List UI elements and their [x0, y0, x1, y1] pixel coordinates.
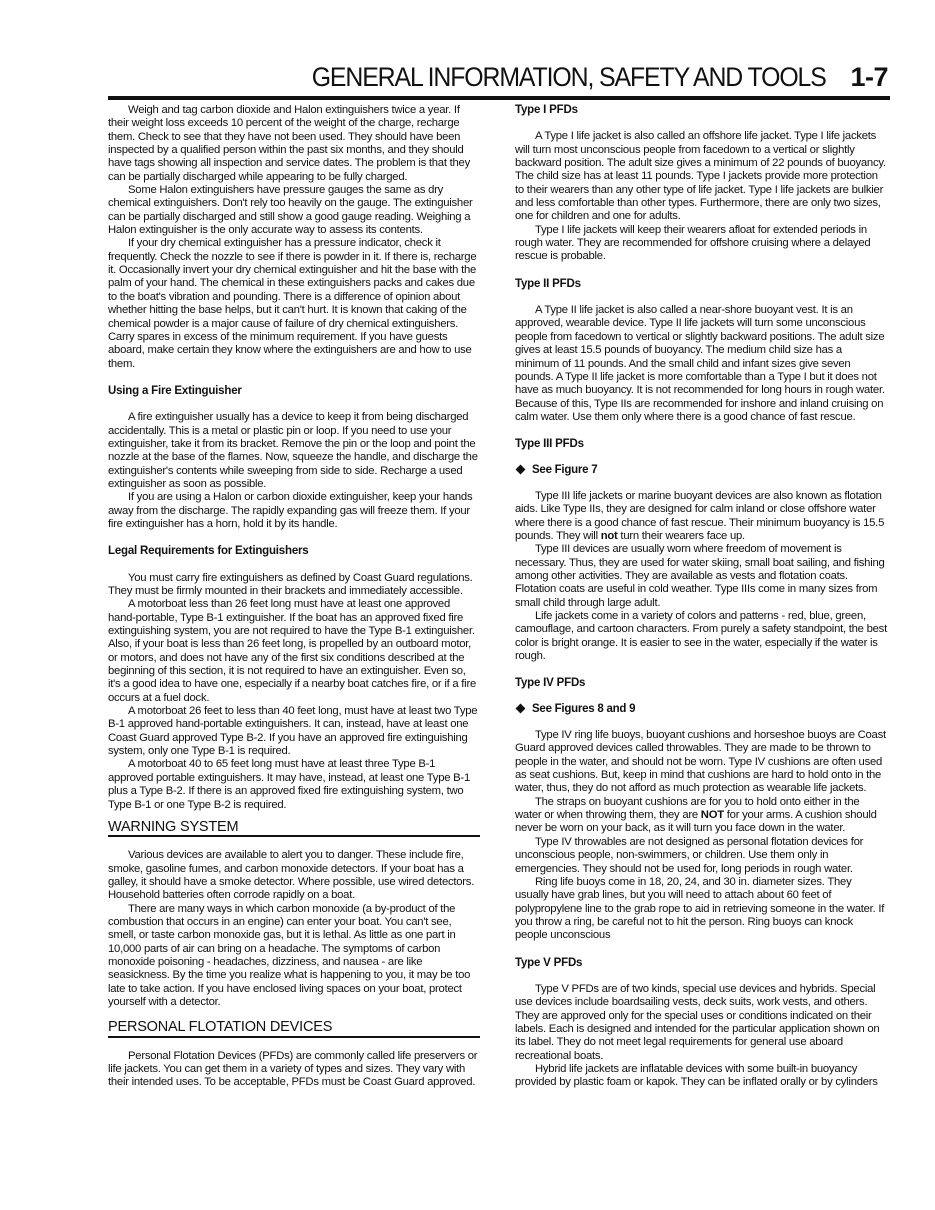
paragraph: Weigh and tag carbon dioxide and Halon e… — [108, 104, 480, 184]
paragraph: A motorboat 40 to 65 feet long must have… — [108, 758, 480, 811]
paragraph: Type IV throwables are not designed as p… — [515, 836, 887, 876]
diamond-bullet-icon — [516, 703, 526, 713]
chapter-title: GENERAL INFORMATION, SAFETY AND TOOLS — [312, 62, 826, 93]
paragraph: Some Halon extinguishers have pressure g… — [108, 184, 480, 237]
paragraph: You must carry fire extinguishers as def… — [108, 572, 480, 599]
section-heading-type5: Type V PFDs — [515, 957, 887, 970]
header-rule — [108, 96, 890, 100]
section-heading-type2: Type II PFDs — [515, 278, 887, 291]
section-heading-type3: Type III PFDs — [515, 438, 887, 451]
right-column: Type I PFDs A Type I life jacket is also… — [515, 104, 887, 1090]
paragraph: A motorboat less than 26 feet long must … — [108, 598, 480, 705]
paragraph: Type V PFDs are of two kinds, special us… — [515, 983, 887, 1063]
paragraph: A fire extinguisher usually has a device… — [108, 411, 480, 491]
paragraph: Type III devices are usually worn where … — [515, 543, 887, 610]
paragraph: If you are using a Halon or carbon dioxi… — [108, 491, 480, 531]
paragraph: There are many ways in which carbon mono… — [108, 903, 480, 1010]
paragraph: Life jackets come in a variety of colors… — [515, 610, 887, 663]
paragraph: A Type II life jacket is also called a n… — [515, 304, 887, 424]
figure-reference-7[interactable]: See Figure 7 — [515, 464, 887, 477]
paragraph: Ring life buoys come in 18, 20, 24, and … — [515, 876, 887, 943]
paragraph: Various devices are available to alert y… — [108, 849, 480, 902]
section-heading-using-extinguisher: Using a Fire Extinguisher — [108, 385, 480, 398]
paragraph: The straps on buoyant cushions are for y… — [515, 796, 887, 836]
paragraph: A Type I life jacket is also called an o… — [515, 130, 887, 223]
paragraph: Personal Flotation Devices (PFDs) are co… — [108, 1050, 480, 1090]
section-heading-pfd: PERSONAL FLOTATION DEVICES — [108, 1021, 480, 1037]
diamond-bullet-icon — [516, 464, 526, 474]
section-heading-type1: Type I PFDs — [515, 104, 887, 117]
page-header: GENERAL INFORMATION, SAFETY AND TOOLS 1-… — [108, 62, 888, 96]
paragraph: Type III life jackets or marine buoyant … — [515, 490, 887, 543]
paragraph: A motorboat 26 feet to less than 40 feet… — [108, 705, 480, 758]
paragraph: Hybrid life jackets are inflatable devic… — [515, 1063, 887, 1090]
page-number: 1-7 — [850, 62, 888, 93]
section-heading-warning-system: WARNING SYSTEM — [108, 821, 480, 837]
paragraph: If your dry chemical extinguisher has a … — [108, 237, 480, 370]
figure-reference-8-9[interactable]: See Figures 8 and 9 — [515, 703, 887, 716]
paragraph: Type I life jackets will keep their wear… — [515, 224, 887, 264]
paragraph: Type IV ring life buoys, buoyant cushion… — [515, 729, 887, 796]
left-column: Weigh and tag carbon dioxide and Halon e… — [108, 104, 480, 1090]
section-heading-legal-requirements: Legal Requirements for Extinguishers — [108, 545, 480, 558]
section-heading-type4: Type IV PFDs — [515, 677, 887, 690]
